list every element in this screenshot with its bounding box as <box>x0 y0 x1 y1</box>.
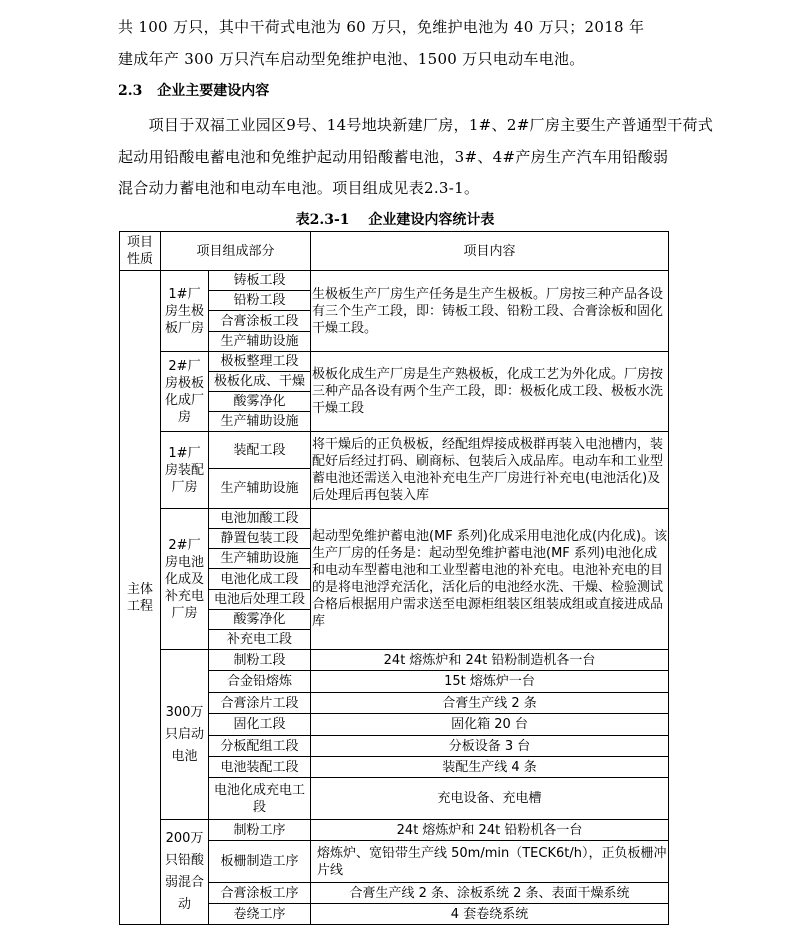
section-cell: 生产辅助设施 <box>209 332 311 352</box>
content-cell: 熔炼炉、宽铅带生产线 50m/min（TECK6t/h），正负板栅冲片线 <box>311 841 669 883</box>
section-number: 2.3 <box>118 83 142 99</box>
section-cell: 铸板工段 <box>209 271 311 291</box>
content-cell: 充电设备、充电槽 <box>311 778 669 820</box>
section-heading: 2.3 企业主要建设内容 <box>118 80 269 100</box>
table-caption: 表2.3-1 企业建设内容统计表 <box>0 209 790 229</box>
group-name: 200万只铅酸弱混合动 <box>161 820 209 925</box>
section-cell: 生产辅助设施 <box>209 469 311 509</box>
table-row: 200万只铅酸弱混合动 制粉工序 24t 熔炼炉和 24t 铅粉机各一台 <box>120 820 669 841</box>
header-content: 项目内容 <box>311 232 669 271</box>
group-name: 300万只启动电池 <box>161 650 209 820</box>
table-row: 2#厂房极板化成厂房 极板整理工段 极板化成生产厂房是生产熟极板，化成工艺为外化… <box>120 352 669 372</box>
table-header-row: 项目性质 项目组成部分 项目内容 <box>120 232 669 271</box>
section-cell: 制粉工段 <box>209 650 311 671</box>
section-cell: 酸雾净化 <box>209 610 311 630</box>
section-cell: 固化工段 <box>209 714 311 736</box>
content-cell: 生极板生产厂房生产任务是生产生极板。厂房按三种产品各设有三个生产工段，即：铸板工… <box>311 271 669 352</box>
section-cell: 电池加酸工段 <box>209 509 311 529</box>
section-cell: 生产辅助设施 <box>209 412 311 432</box>
table-caption-number: 表2.3-1 <box>296 212 350 228</box>
group-name: 2#厂房极板化成厂房 <box>161 352 209 432</box>
body-line-3: 混合动力蓄电池和电动车电池。项目组成见表2.3-1。 <box>118 178 678 198</box>
content-cell: 装配生产线 4 条 <box>311 757 669 778</box>
section-cell: 合膏涂板工序 <box>209 883 311 904</box>
section-title: 企业主要建设内容 <box>157 83 269 99</box>
section-cell: 铅粉工段 <box>209 291 311 311</box>
section-cell: 极板整理工段 <box>209 352 311 372</box>
section-cell: 合金铅熔炼 <box>209 671 311 693</box>
section-cell: 电池后处理工段 <box>209 590 311 610</box>
section-cell: 制粉工序 <box>209 820 311 841</box>
content-cell: 极板化成生产厂房是生产熟极板，化成工艺为外化成。厂房按三种产品各设有两个生产工段… <box>311 352 669 432</box>
section-cell: 装配工段 <box>209 432 311 469</box>
section-cell: 卷绕工序 <box>209 904 311 925</box>
content-cell: 合膏生产线 2 条 <box>311 693 669 714</box>
body-line-2: 起动用铅酸电蓄电池和免维护起动用铅酸蓄电池，3#、4#产房生产汽车用铅酸弱 <box>118 147 678 167</box>
nature-main: 主体工程 <box>120 271 161 925</box>
construction-content-table: 项目性质 项目组成部分 项目内容 主体工程 1#厂房生极板厂房 铸板工段 生极板… <box>119 231 669 925</box>
section-cell: 生产辅助设施 <box>209 549 311 569</box>
group-name: 1#厂房装配厂房 <box>161 432 209 509</box>
content-cell: 将干燥后的正负极板，经配组焊接成极群再装入电池槽内，装配好后经过打码、刷商标、包… <box>311 432 669 509</box>
content-cell: 24t 熔炼炉和 24t 铅粉机各一台 <box>311 820 669 841</box>
table-caption-title: 企业建设内容统计表 <box>368 212 494 228</box>
group-name: 1#厂房生极板厂房 <box>161 271 209 352</box>
table-row: 300万只启动电池 制粉工段 24t 熔炼炉和 24t 铅粉制造机各一台 <box>120 650 669 671</box>
content-cell: 起动型免维护蓄电池(MF 系列)化成采用电池化成(内化成)。该生产厂房的任务是：… <box>311 509 669 650</box>
section-cell: 静置包装工段 <box>209 529 311 549</box>
section-cell: 酸雾净化 <box>209 392 311 412</box>
content-cell: 4 套卷绕系统 <box>311 904 669 925</box>
intro-line-1: 共 100 万只，其中干荷式电池为 60 万只，免维护电池为 40 万只；201… <box>118 17 678 37</box>
section-cell: 补充电工段 <box>209 630 311 650</box>
table-row: 主体工程 1#厂房生极板厂房 铸板工段 生极板生产厂房生产任务是生产生极板。厂房… <box>120 271 669 291</box>
section-cell: 电池装配工段 <box>209 757 311 778</box>
section-cell: 合膏涂板工段 <box>209 311 311 332</box>
section-cell: 电池化成工段 <box>209 569 311 590</box>
group-name: 2#厂房电池化成及补充电厂房 <box>161 509 209 650</box>
table-row: 1#厂房装配厂房 装配工段 将干燥后的正负极板，经配组焊接成极群再装入电池槽内，… <box>120 432 669 469</box>
section-cell: 板栅制造工序 <box>209 841 311 883</box>
section-cell: 极板化成、干燥 <box>209 372 311 392</box>
header-components: 项目组成部分 <box>161 232 311 271</box>
section-cell: 合膏涂片工段 <box>209 693 311 714</box>
content-cell: 分板设备 3 台 <box>311 736 669 757</box>
content-cell: 15t 熔炼炉一台 <box>311 671 669 693</box>
content-cell: 24t 熔炼炉和 24t 铅粉制造机各一台 <box>311 650 669 671</box>
body-line-1: 项目于双福工业园区9号、14号地块新建厂房，1#、2#厂房主要生产普通型干荷式 <box>118 115 678 135</box>
content-cell: 固化箱 20 台 <box>311 714 669 736</box>
section-cell: 分板配组工段 <box>209 736 311 757</box>
intro-line-2: 建成年产 300 万只汽车启动型免维护电池、1500 万只电动车电池。 <box>118 49 678 69</box>
header-nature: 项目性质 <box>120 232 161 271</box>
section-cell: 电池化成充电工段 <box>209 778 311 820</box>
table-row: 2#厂房电池化成及补充电厂房 电池加酸工段 起动型免维护蓄电池(MF 系列)化成… <box>120 509 669 529</box>
content-cell: 合膏生产线 2 条、涂板系统 2 条、表面干燥系统 <box>311 883 669 904</box>
